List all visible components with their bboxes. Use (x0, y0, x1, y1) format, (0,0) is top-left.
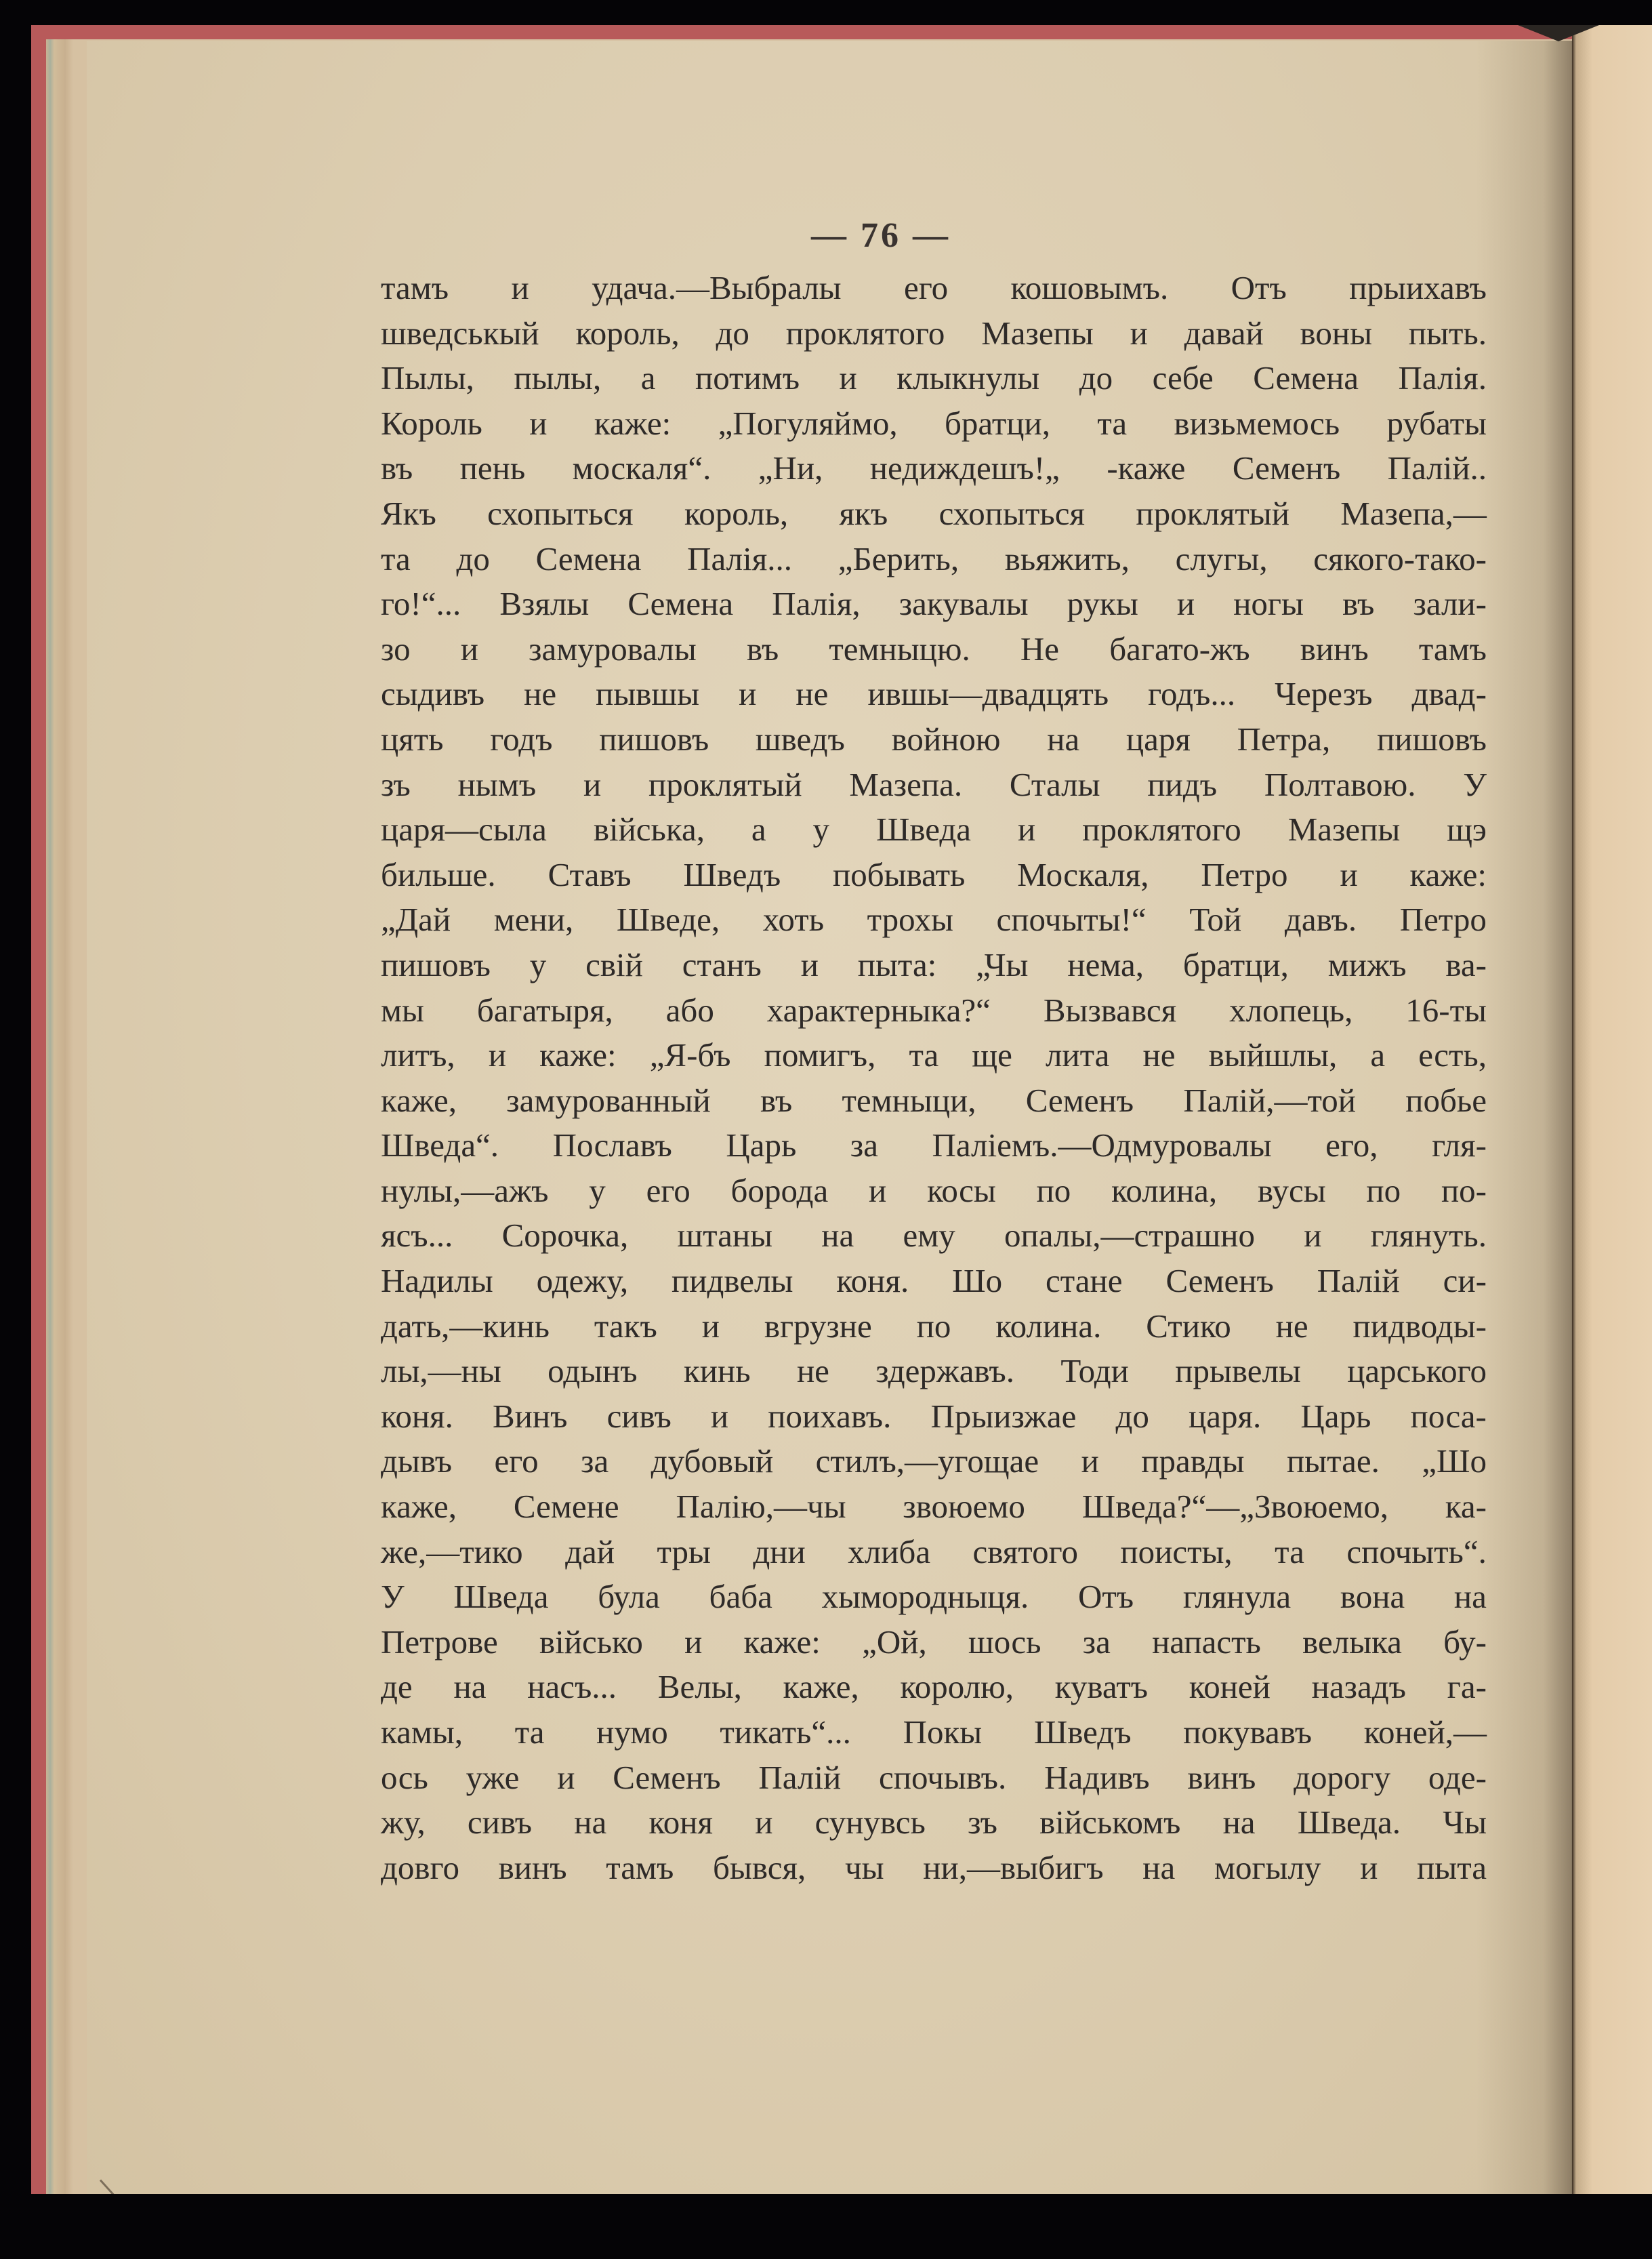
text-line: Пылы,пылы,апотимъиклыкнулыдосебеСеменаПа… (381, 356, 1487, 401)
word: на (453, 1665, 486, 1710)
word: Отъ (1078, 1574, 1134, 1620)
word: Семене (514, 1484, 619, 1530)
word: одежу, (537, 1259, 628, 1304)
text-line: сыдивънепывшыинеившы—двадцятьгодъ...Чере… (381, 672, 1487, 717)
word: москаля“. (573, 446, 711, 491)
word: удача.—Выбралы (592, 266, 841, 311)
word: а (1370, 1033, 1385, 1078)
word: каже, (381, 1078, 457, 1124)
word: Шведа (876, 807, 971, 853)
word: вьяжить, (1005, 537, 1130, 582)
word: „Дай (381, 897, 451, 943)
word: „Чы (976, 943, 1028, 988)
word: замурованный (506, 1078, 710, 1124)
word: и (869, 1168, 886, 1214)
word: назадъ (1312, 1665, 1406, 1710)
word: була (598, 1574, 660, 1620)
word: коня. (381, 1394, 453, 1440)
word: Палія. (1399, 356, 1487, 401)
word: зъ (968, 1800, 997, 1846)
word: Шведъ (684, 853, 781, 898)
word: Вызвався (1044, 988, 1176, 1034)
text-line: же,—тикодайтрыднихлибасвятогопоисты,тасп… (381, 1530, 1487, 1575)
word: багато-жъ (1109, 627, 1250, 672)
word: Винъ (493, 1394, 567, 1440)
word: жу, (381, 1800, 426, 1846)
word: вусы (1258, 1168, 1326, 1214)
word: Царь (726, 1123, 796, 1168)
word: нема, (1067, 943, 1144, 988)
word: не (1143, 1033, 1176, 1078)
text-line: Надилыодежу,пидвелыконя.ШостанеСеменъПал… (381, 1259, 1487, 1304)
word: царя. (1189, 1394, 1261, 1440)
word: у (589, 1168, 606, 1214)
word: не (797, 1349, 829, 1394)
word: Шо (952, 1259, 1002, 1304)
word: кинь (684, 1349, 751, 1394)
word: царя—сыла (381, 807, 547, 853)
word: стилъ,—угощае (816, 1439, 1039, 1484)
word: а (751, 807, 766, 853)
word: га- (1447, 1665, 1487, 1710)
word: давай (1184, 311, 1264, 357)
word: глянуть. (1371, 1213, 1487, 1259)
text-line: коня.Винъсивъипоихавъ.Прыизжаедоцаря.Цар… (381, 1394, 1487, 1440)
word: коня. (836, 1259, 909, 1304)
word: шведськый (381, 311, 539, 357)
word: на (821, 1213, 854, 1259)
word: годъ... (1148, 672, 1235, 717)
word: Петро (1201, 853, 1287, 898)
word: проклятого (786, 311, 945, 357)
word: ему (903, 1213, 955, 1259)
word: пишовъ (381, 943, 491, 988)
text-line: ясъ...Сорочка,штанынаемуопалы,—страшноиг… (381, 1213, 1487, 1259)
word: потимъ (695, 356, 800, 401)
word: „Шо (1422, 1439, 1487, 1484)
text-line: каже,СеменеПалію,—чызвоюемоШведа?“—„Звою… (381, 1484, 1487, 1530)
word: рукы (1067, 582, 1138, 627)
word: Черезъ (1275, 672, 1372, 717)
word: борода (731, 1168, 829, 1214)
word: Палія, (772, 582, 860, 627)
word: сякого-тако- (1313, 537, 1487, 582)
word: правды (1141, 1439, 1244, 1484)
word: себе (1153, 356, 1214, 401)
word: дывъ (381, 1439, 452, 1484)
word: въ (1342, 582, 1374, 627)
word: Якъ (381, 491, 436, 537)
word: зо (381, 627, 411, 672)
word: го!“... (381, 582, 461, 627)
word: коней,— (1364, 1710, 1487, 1755)
word: дай (565, 1530, 615, 1575)
word: и (1177, 582, 1195, 627)
word: Не (1020, 627, 1059, 672)
word: его (646, 1168, 690, 1214)
word: братци, (1183, 943, 1289, 988)
word: шведъ (756, 717, 845, 762)
word: и (739, 672, 756, 717)
word: 16-ты (1405, 988, 1487, 1034)
word: каже: (594, 401, 671, 447)
word: на (1047, 717, 1079, 762)
word: въ (381, 446, 413, 491)
word: У (381, 1574, 405, 1620)
word: Сталы (1010, 762, 1100, 808)
text-line: довговинътамъбывся,чыни,—выбигънамогылуи… (381, 1846, 1487, 1891)
word: вгрузне (764, 1304, 872, 1349)
text-line: дать,—киньтакъивгрузнепоколина.Стиконепи… (381, 1304, 1487, 1349)
word: замуровалы (529, 627, 697, 672)
word: бывся, (713, 1846, 806, 1891)
word: Москаля, (1017, 853, 1149, 898)
word: пыть. (1409, 311, 1487, 357)
word: каже: (539, 1033, 616, 1078)
word: хлопець, (1229, 988, 1352, 1034)
word: давъ. (1285, 897, 1357, 943)
text-line: го!“...ВзялыСеменаПалія,закувалырукыиног… (381, 582, 1487, 627)
word: воны (1300, 311, 1372, 357)
word: и (489, 1033, 506, 1078)
word: у (813, 807, 830, 853)
word: Король (381, 401, 482, 447)
word: винъ (1300, 627, 1369, 672)
word: ившы—двадцять (867, 672, 1109, 717)
word: хоть (763, 897, 824, 943)
word: Семена (627, 582, 733, 627)
word: щэ (1447, 807, 1487, 853)
word: вона (1340, 1574, 1405, 1620)
word: ось (381, 1755, 428, 1801)
word: по- (1441, 1168, 1487, 1214)
word: спочывъ. (879, 1755, 1006, 1801)
text-line: бильше.СтавъШведъпобыватьМоскаля,Петроик… (381, 853, 1487, 898)
word: де (381, 1665, 413, 1710)
word: „Ни, (758, 446, 823, 491)
word: тикать“... (720, 1710, 850, 1755)
word: Мазепы (1288, 807, 1401, 853)
word: Палій,—той (1183, 1078, 1356, 1124)
word: глянула (1183, 1574, 1291, 1620)
text-line: тадоСеменаПалія...„Берить,вьяжить,слугы,… (381, 537, 1487, 582)
word: свій (585, 943, 643, 988)
word: винъ (499, 1846, 567, 1891)
word: мижъ (1328, 943, 1407, 988)
word: Мазепа,— (1340, 491, 1487, 537)
word: оде- (1428, 1755, 1487, 1801)
word: військо (539, 1620, 643, 1665)
word: недиждешъ!„ (870, 446, 1060, 491)
word: спочыты!“ (997, 897, 1147, 943)
word: закувалы (899, 582, 1029, 627)
text-line: царя—сылавійська,ауШведаипроклятогоМазеп… (381, 807, 1487, 853)
word: Палій (758, 1755, 841, 1801)
word: Шведа (453, 1574, 548, 1620)
word: ни,—выбигъ (923, 1846, 1103, 1891)
word: Сорочка, (502, 1213, 629, 1259)
word: пидвелы (672, 1259, 793, 1304)
word: могылу (1214, 1846, 1321, 1891)
word: и (557, 1755, 575, 1801)
word: двад- (1412, 672, 1487, 717)
word: якъ (840, 491, 888, 537)
word: чы (845, 1846, 884, 1891)
word: каже, (381, 1484, 457, 1530)
word: и (1304, 1213, 1321, 1259)
word: пидъ (1147, 762, 1217, 808)
word: характерныка?“ (767, 988, 991, 1034)
word: пишовъ (599, 717, 709, 762)
word: и (461, 627, 478, 672)
facing-page-edge (1572, 25, 1652, 2194)
word: Надивъ (1044, 1755, 1150, 1801)
word: до (716, 311, 749, 357)
word: або (666, 988, 714, 1034)
word: трохы (867, 897, 953, 943)
word: по (1366, 1168, 1401, 1214)
word: одынъ (548, 1349, 638, 1394)
word: не (1276, 1304, 1308, 1349)
word: „Ой, (862, 1620, 927, 1665)
word: коня (648, 1800, 713, 1846)
word: и (529, 401, 547, 447)
word: штаны (677, 1213, 772, 1259)
word: „Я-бъ (650, 1033, 731, 1078)
word: дни (753, 1530, 805, 1575)
word: Покы (903, 1710, 983, 1755)
word: баба (709, 1574, 772, 1620)
text-line: Якъсхопытьсякороль,якъсхопытьсяпроклятый… (381, 491, 1487, 537)
text-line: мыбагатыря,абохарактерныка?“Вызвавсяхлоп… (381, 988, 1487, 1034)
word: мы (381, 988, 424, 1034)
text-line: зънымъипроклятыйМазепа.СталыпидъПолтавою… (381, 762, 1487, 808)
word: за (1083, 1620, 1111, 1665)
word: до (1079, 356, 1113, 401)
word: бу- (1443, 1620, 1487, 1665)
word: багатыря, (477, 988, 613, 1034)
word: проклятый (1136, 491, 1289, 537)
word: Пылы, (381, 356, 474, 401)
word: сыдивъ (381, 672, 484, 717)
word: сунувсь (815, 1800, 926, 1846)
word: пылы, (514, 356, 601, 401)
text-line: дывъегозадубовыйстилъ,—угощаеиправдыпыта… (381, 1439, 1487, 1484)
word: Семенъ (613, 1755, 720, 1801)
word: и (1018, 807, 1035, 853)
word: схопыться (939, 491, 1085, 537)
page-number: — 76 — (745, 216, 1016, 256)
word: ка- (1445, 1484, 1487, 1530)
word: пыта (1417, 1846, 1487, 1891)
word: Отъ (1231, 266, 1287, 311)
word: у (530, 943, 547, 988)
word: по (917, 1304, 951, 1349)
word: по (1037, 1168, 1071, 1214)
text-line: Петровевійськоикаже:„Ой,шосьзанапастьвел… (381, 1620, 1487, 1665)
word: Семена (1253, 356, 1359, 401)
gutter-shadow-top (1518, 25, 1599, 41)
word: військомъ (1039, 1800, 1180, 1846)
word: пень (460, 446, 526, 491)
word: и (755, 1800, 772, 1846)
word: каже: (744, 1620, 821, 1665)
word: Ставъ (548, 853, 632, 898)
word: Мазепа. (849, 762, 962, 808)
word: прывелы (1175, 1349, 1301, 1394)
word: Стико (1146, 1304, 1231, 1349)
text-line: УШведабулабабахымородныця.Отъглянулавона… (381, 1574, 1487, 1620)
word: клыкнулы (896, 356, 1039, 401)
word: темныци, (842, 1078, 976, 1124)
word: -каже (1107, 446, 1185, 491)
word: Семенъ (1233, 446, 1340, 491)
word: зъ (381, 762, 411, 808)
body-text: тамъиудача.—Выбралыегокошовымъ.Отъпрыиха… (381, 266, 1487, 1890)
text-line: нулы,—ажъуегобородаикосыпоколина,вусыпоп… (381, 1168, 1487, 1214)
word: Пославъ (553, 1123, 672, 1168)
word: каже, (783, 1665, 859, 1710)
word: Палію,—чы (676, 1484, 846, 1530)
word: цять (381, 717, 444, 762)
word: Семенъ (1165, 1259, 1273, 1304)
text-line: лы,—ныодынъкиньнездержавъ.Тодипрывелыцар… (381, 1349, 1487, 1394)
word: и (1340, 853, 1357, 898)
word: дать,—кинь (381, 1304, 550, 1349)
word: пишовъ (1377, 717, 1487, 762)
word: помигъ, (764, 1033, 876, 1078)
word: королю, (900, 1665, 1013, 1710)
word: король, (575, 311, 679, 357)
word: сивъ (607, 1394, 672, 1440)
word: колина. (995, 1304, 1101, 1349)
word: Прыизжае (930, 1394, 1076, 1440)
text-line: зоизамуровалывътемныцю.Небагато-жъвинъта… (381, 627, 1487, 672)
word: поисты, (1120, 1530, 1232, 1575)
word: годъ (490, 717, 552, 762)
word: тамъ (1419, 627, 1487, 672)
word: и (684, 1620, 702, 1665)
word: дорогу (1294, 1755, 1390, 1801)
word: не (796, 672, 828, 717)
word: король, (684, 491, 788, 537)
word: винъ (1187, 1755, 1256, 1801)
word: колина, (1111, 1168, 1217, 1214)
word: на (1454, 1574, 1487, 1620)
word: Чы (1443, 1800, 1487, 1846)
word: схопыться (487, 491, 633, 537)
word: пывшы (596, 672, 699, 717)
word: его, (1325, 1123, 1378, 1168)
word: нымъ (458, 762, 537, 808)
word: Шведе, (617, 897, 720, 943)
word: напасть (1152, 1620, 1261, 1665)
text-line: Шведа“.ПославъЦарьзаПаліемъ.—Одмуровалые… (381, 1123, 1487, 1168)
word: та (909, 1033, 938, 1078)
word: ясъ... (381, 1213, 453, 1259)
word: проклятого (1082, 807, 1241, 853)
word: Мазепы (981, 311, 1094, 357)
word: тамъ (381, 266, 449, 311)
word: слугы, (1176, 537, 1268, 582)
word: Царь (1300, 1394, 1371, 1440)
word: а (641, 356, 656, 401)
word: темныцю. (829, 627, 970, 672)
word: „Берить, (838, 537, 959, 582)
word: же,—тико (381, 1530, 523, 1575)
word: довго (381, 1846, 459, 1891)
word: Палій (1317, 1259, 1400, 1304)
word: „Погуляймо, (718, 401, 898, 447)
word: Велы, (658, 1665, 742, 1710)
word: Полтавою. (1264, 762, 1416, 808)
word: опалы,—страшно (1004, 1213, 1255, 1259)
word: до (456, 537, 489, 582)
word: звоюемо (903, 1484, 1025, 1530)
word: си- (1443, 1259, 1487, 1304)
word: Паліемъ.—Одмуровалы (932, 1123, 1271, 1168)
word: святого (973, 1530, 1078, 1575)
word: нулы,—ажъ (381, 1168, 549, 1214)
word: и (840, 356, 857, 401)
word: и (1360, 1846, 1378, 1891)
word: рубаты (1386, 401, 1486, 447)
word: поса- (1411, 1394, 1487, 1440)
word: нумо (596, 1710, 668, 1755)
word: мени, (494, 897, 573, 943)
word: Тоди (1060, 1349, 1129, 1394)
text-line: литъ,икаже:„Я-бъпомигъ,тащелитаневыйшлы,… (381, 1033, 1487, 1078)
word: въ (760, 1078, 792, 1124)
word: та (381, 537, 411, 582)
word: косы (927, 1168, 996, 1214)
word: та (1097, 401, 1127, 447)
word: Шведа?“—„Звоюемо, (1082, 1484, 1388, 1530)
text-line: каже,замурованныйвътемныци,СеменъПалій,—… (381, 1078, 1487, 1124)
word: бильше. (381, 853, 496, 898)
word: Петро (1400, 897, 1487, 943)
word: сивъ (468, 1800, 532, 1846)
word: зали- (1413, 582, 1487, 627)
word: У (1463, 762, 1487, 808)
text-line: пишовъусвійстанъипыта:„Чынема,братци,миж… (381, 943, 1487, 988)
text-line: жу,сивънаконяисунувсьзъвійськомънаШведа.… (381, 1800, 1487, 1846)
word: за (581, 1439, 608, 1484)
word: Шведа. (1298, 1800, 1401, 1846)
word: есть, (1418, 1033, 1487, 1078)
word: станъ (682, 943, 762, 988)
text-line: шведськыйкороль,допроклятогоМазепыидавай… (381, 311, 1487, 357)
word: и (1130, 311, 1148, 357)
word: камы, (381, 1710, 463, 1755)
word: Палія... (687, 537, 792, 582)
word: въ (747, 627, 779, 672)
scan-background-bottom (0, 2194, 1652, 2259)
word: кошовымъ. (1011, 266, 1169, 311)
word: війська, (594, 807, 705, 853)
text-line: „Даймени,Шведе,хотьтрохыспочыты!“Тойдавъ… (381, 897, 1487, 943)
text-line: тамъиудача.—Выбралыегокошовымъ.Отъпрыиха… (381, 266, 1487, 311)
word: царя (1126, 717, 1191, 762)
word: ще (972, 1033, 1012, 1078)
word: каже: (1410, 853, 1487, 898)
word: Шведъ (1034, 1710, 1132, 1755)
word: стане (1046, 1259, 1122, 1304)
word: гля- (1432, 1123, 1487, 1168)
word: до (1115, 1394, 1149, 1440)
word: покувавъ (1183, 1710, 1312, 1755)
word: побывать (833, 853, 965, 898)
